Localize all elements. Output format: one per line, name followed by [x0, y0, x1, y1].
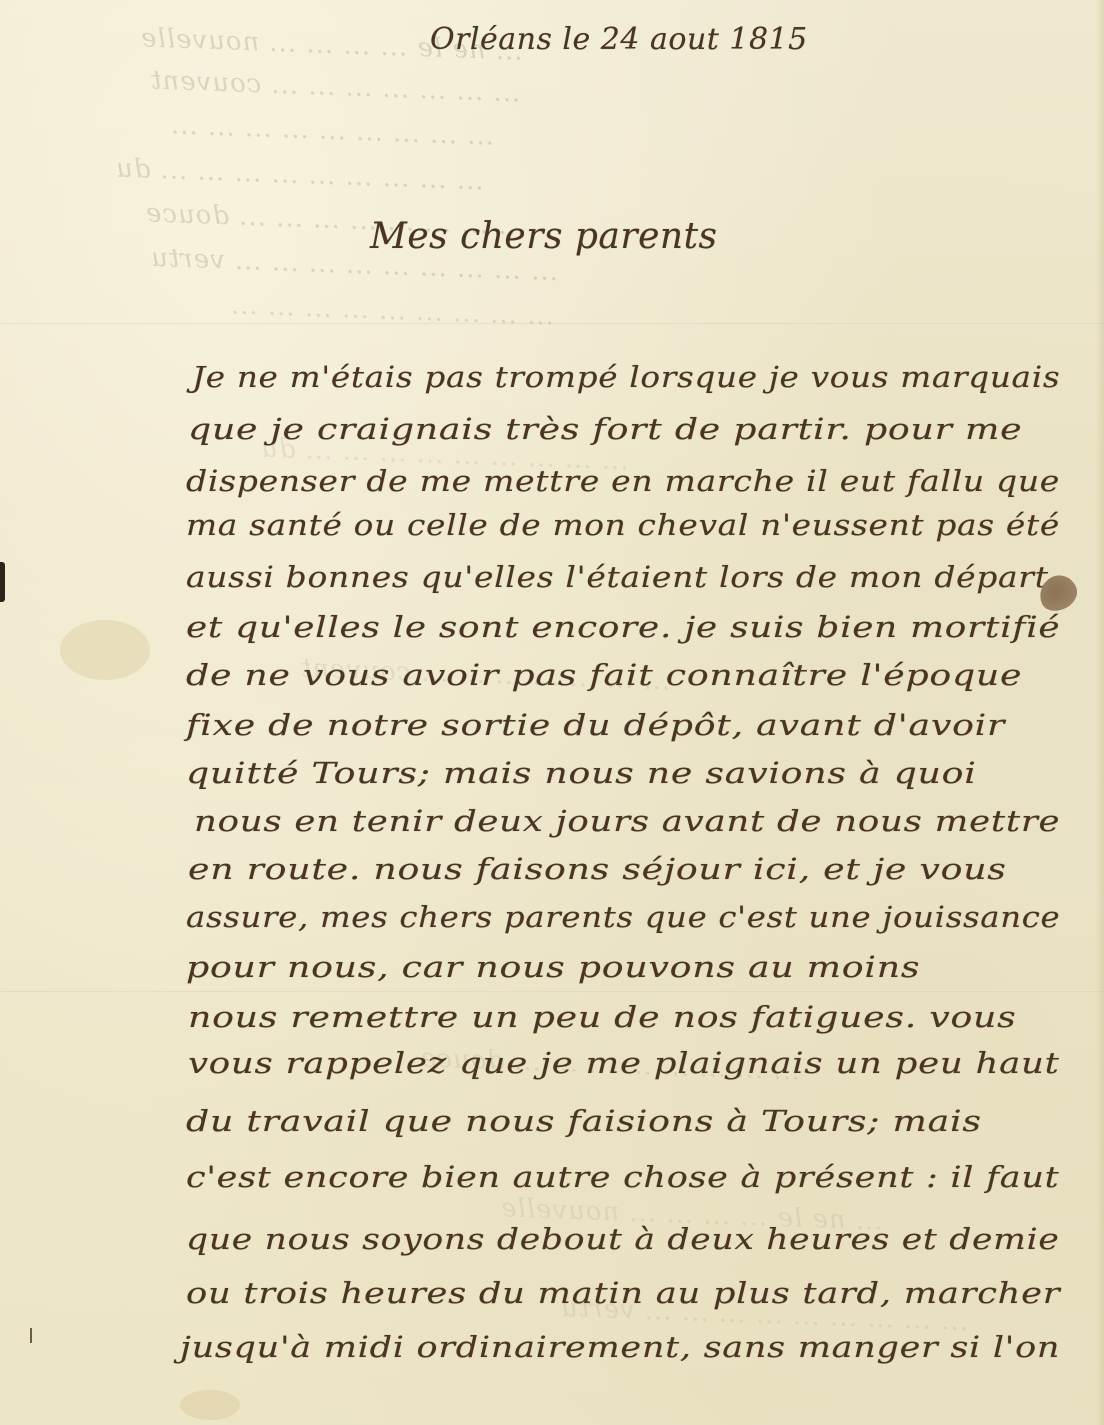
edge-tear-mark [0, 562, 5, 602]
bleed-through-line: ... ... ... ... ... ... ... couvent [150, 66, 521, 109]
letter-line: ma santé ou celle de mon cheval n'eussen… [186, 508, 1060, 542]
letter-line: Je ne m'étais pas trompé lorsque je vous… [192, 360, 1060, 394]
letter-line: nous en tenir deux jours avant de nous m… [194, 804, 1060, 838]
page-edge-shadow [1096, 0, 1104, 1425]
letter-line: quitté Tours; mais nous ne savions à quo… [186, 756, 977, 790]
letter-dateline: Orléans le 24 aout 1815 [430, 22, 808, 57]
paper-stain [60, 620, 150, 680]
letter-line: pour nous, car nous pouvons au moins [186, 950, 920, 984]
letter-line: aussi bonnes qu'elles l'étaient lors de … [186, 560, 1060, 594]
letter-line: vous rappelez que je me plaignais un peu… [188, 1046, 1060, 1080]
bleed-through-line: ... ... ... ... ... ... ... ... ... [170, 110, 495, 151]
fold-line [0, 990, 1104, 993]
letter-line: et qu'elles le sont encore. je suis bien… [186, 610, 1060, 644]
bleed-through-line: ... ... ... ... ... ... ... ... ... [230, 290, 555, 331]
letter-salutation: Mes chers parents [370, 216, 718, 257]
letter-line: assure, mes chers parents que c'est une … [186, 900, 1060, 934]
letter-line: ou trois heures du matin au plus tard, m… [186, 1276, 1060, 1310]
letter-line: que je craignais très fort de partir. po… [188, 412, 1022, 446]
fold-line [0, 322, 1104, 325]
letter-line: que nous soyons debout à deux heures et … [186, 1222, 1060, 1256]
letter-line: en route. nous faisons séjour ici, et je… [188, 852, 1007, 886]
margin-mark [30, 1328, 32, 1343]
letter-line: de ne vous avoir pas fait connaître l'ép… [186, 658, 1022, 692]
letter-line: nous remettre un peu de nos fatigues. vo… [188, 1000, 1017, 1034]
letter-line: jusqu'à midi ordinairement, sans manger … [180, 1330, 1060, 1364]
letter-line: c'est encore bien autre chose à présent … [186, 1160, 1059, 1194]
letter-line: du travail que nous faisions à Tours; ma… [186, 1104, 982, 1138]
letter-line: fixe de notre sortie du dépôt, avant d'a… [186, 708, 1005, 742]
letter-page: ... ne le ... ... ... ... nouvelle ... .… [0, 0, 1104, 1425]
letter-line: dispenser de me mettre en marche il eut … [186, 464, 1060, 498]
paper-stain [180, 1390, 240, 1420]
bleed-through-line: ... ... ... ... ... ... ... ... ... du [115, 154, 485, 197]
